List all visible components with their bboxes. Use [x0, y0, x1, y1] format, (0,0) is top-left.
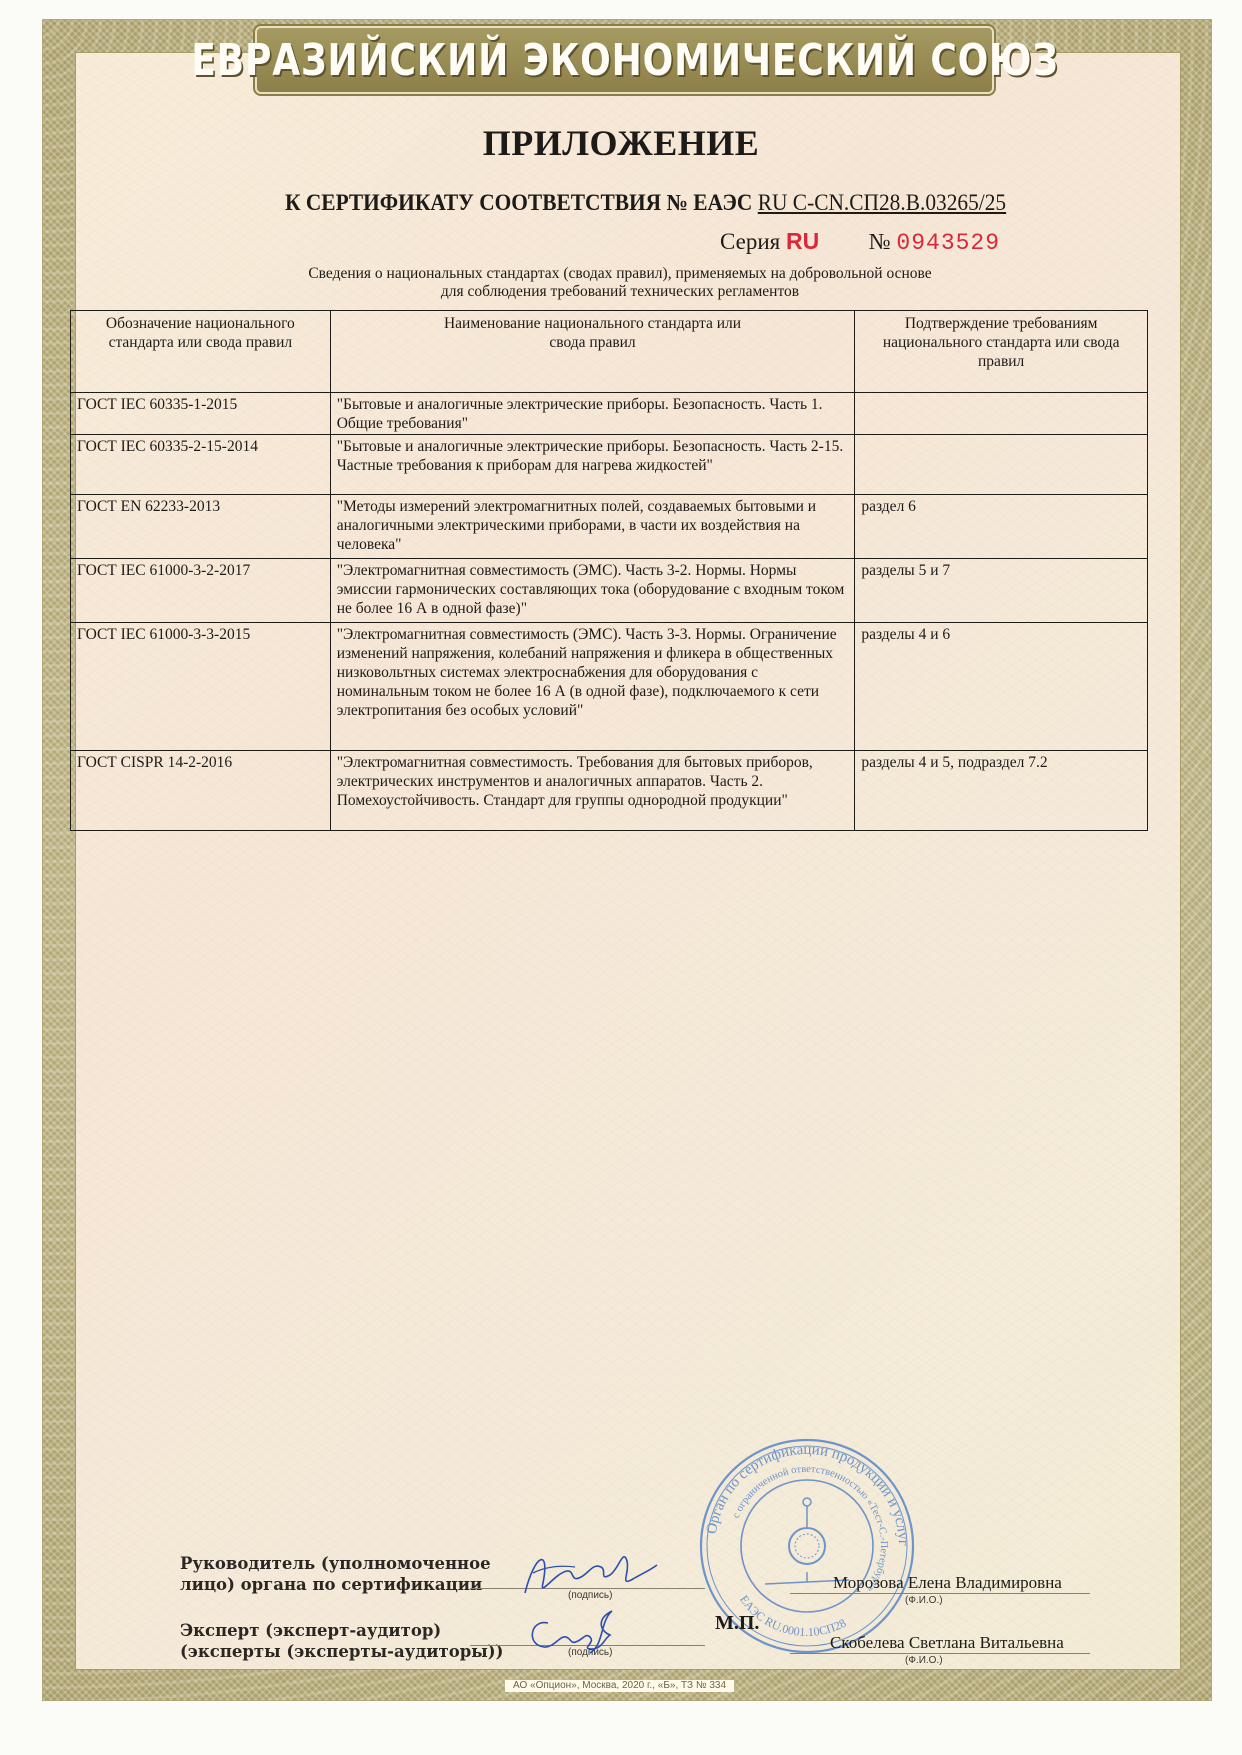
expert-name-line — [790, 1653, 1090, 1654]
number-label: № — [869, 229, 891, 254]
eaeu-banner: ЕВРАЗИЙСКИЙ ЭКОНОМИЧЕСКИЙ СОЮЗ — [255, 26, 994, 94]
standard-name-cell: "Электромагнитная совместимость. Требова… — [330, 751, 855, 831]
head-label: Руководитель (уполномоченное лицо) орган… — [180, 1553, 491, 1595]
form-series: Серия RU № 0943529 — [720, 228, 1000, 256]
header-code: Обозначение национального стандарта или … — [71, 311, 331, 393]
confirmation-cell — [855, 393, 1148, 435]
series-value: RU — [786, 228, 819, 254]
expert-signature — [520, 1605, 630, 1655]
table-row: ГОСТ IEC 61000-3-3-2015"Электромагнитная… — [71, 623, 1148, 751]
head-fio-caption: (Ф.И.О.) — [905, 1595, 943, 1606]
table-row: ГОСТ IEC 60335-1-2015"Бытовые и аналогич… — [71, 393, 1148, 435]
header-name: Наименование национального стандарта или… — [330, 311, 855, 393]
head-name: Морозова Елена Владимировна — [833, 1573, 1062, 1593]
standard-code-cell: ГОСТ EN 62233-2013 — [71, 495, 331, 559]
standards-table: Обозначение национального стандарта или … — [70, 310, 1148, 831]
table-header-row: Обозначение национального стандарта или … — [71, 311, 1148, 393]
banner-text: ЕВРАЗИЙСКИЙ ЭКОНОМИЧЕСКИЙ СОЮЗ — [191, 35, 1059, 86]
table-row: ГОСТ IEC 61000-3-2-2017"Электромагнитная… — [71, 559, 1148, 623]
confirmation-cell — [855, 435, 1148, 495]
standard-name-cell: "Электромагнитная совместимость (ЭМС). Ч… — [330, 623, 855, 751]
table-row: ГОСТ IEC 60335-2-15-2014"Бытовые и анало… — [71, 435, 1148, 495]
head-signature — [515, 1543, 665, 1603]
printer-imprint: АО «Опцион», Москва, 2020 г., «Б», ТЗ № … — [505, 1680, 734, 1692]
standard-code-cell: ГОСТ CISPR 14-2-2016 — [71, 751, 331, 831]
table-row: ГОСТ CISPR 14-2-2016"Электромагнитная со… — [71, 751, 1148, 831]
certificate-prefix: К СЕРТИФИКАТУ СООТВЕТСТВИЯ № ЕАЭС — [285, 190, 758, 215]
standard-name-cell: "Бытовые и аналогичные электрические при… — [330, 435, 855, 495]
table-row: ГОСТ EN 62233-2013"Методы измерений элек… — [71, 495, 1148, 559]
confirmation-cell: раздел 6 — [855, 495, 1148, 559]
standard-name-cell: "Методы измерений электромагнитных полей… — [330, 495, 855, 559]
certificate-number: RU C-CN.СП28.В.03265/25 — [758, 190, 1006, 215]
page-title: ПРИЛОЖЕНИЕ — [0, 122, 1242, 164]
series-label: Серия — [720, 229, 780, 254]
confirmation-cell: разделы 5 и 7 — [855, 559, 1148, 623]
standard-name-cell: "Бытовые и аналогичные электрические при… — [330, 393, 855, 435]
standard-code-cell: ГОСТ IEC 61000-3-3-2015 — [71, 623, 331, 751]
certificate-reference: К СЕРТИФИКАТУ СООТВЕТСТВИЯ № ЕАЭС RU C-C… — [285, 190, 1006, 216]
expert-fio-caption: (Ф.И.О.) — [905, 1655, 943, 1666]
standard-code-cell: ГОСТ IEC 60335-2-15-2014 — [71, 435, 331, 495]
expert-name: Скобелева Светлана Витальевна — [830, 1633, 1064, 1653]
seal-label: М.П. — [715, 1612, 759, 1635]
expert-label: Эксперт (эксперт-аудитор) (эксперты (экс… — [180, 1620, 503, 1662]
confirmation-cell: разделы 4 и 5, подраздел 7.2 — [855, 751, 1148, 831]
intro-line-1: Сведения о национальных стандартах (свод… — [150, 265, 1090, 283]
intro-line-2: для соблюдения требований технических ре… — [150, 283, 1090, 301]
form-number: 0943529 — [896, 230, 1000, 256]
head-name-line — [790, 1593, 1090, 1594]
standard-code-cell: ГОСТ IEC 61000-3-2-2017 — [71, 559, 331, 623]
intro-text: Сведения о национальных стандартах (свод… — [150, 265, 1090, 301]
standard-name-cell: "Электромагнитная совместимость (ЭМС). Ч… — [330, 559, 855, 623]
header-confirmation: Подтверждение требованиям национального … — [855, 311, 1148, 393]
standard-code-cell: ГОСТ IEC 60335-1-2015 — [71, 393, 331, 435]
confirmation-cell: разделы 4 и 6 — [855, 623, 1148, 751]
